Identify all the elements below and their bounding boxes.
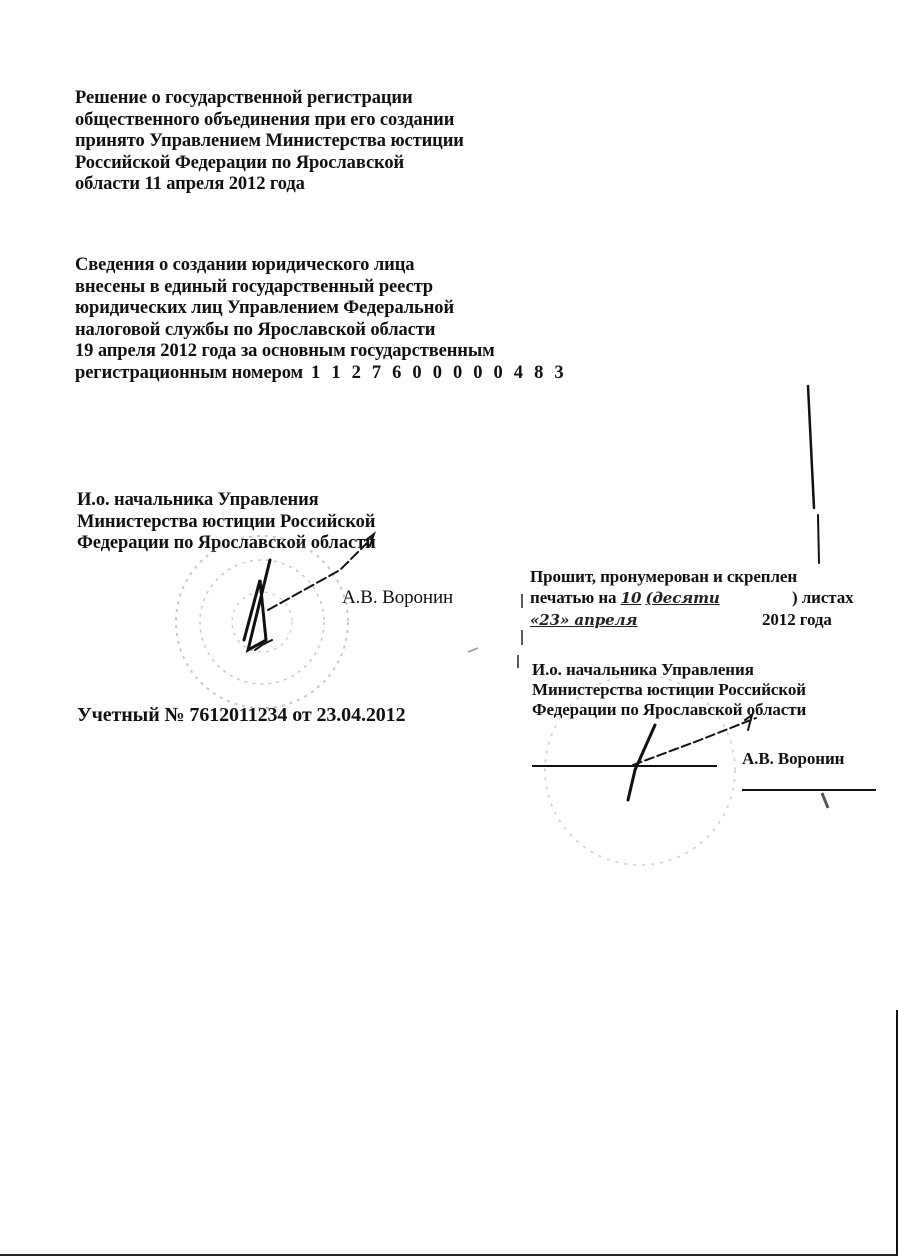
signature-left-icon <box>244 534 374 650</box>
stamp-seal-right-icon <box>545 675 735 865</box>
stamp-seal-icon <box>176 536 348 708</box>
signature-right-icon <box>628 715 756 800</box>
page-border-bottom <box>0 1254 898 1256</box>
page-border-right <box>896 1010 898 1255</box>
margin-vertical-line-icon <box>808 386 819 563</box>
margin-tick-marks-icon <box>468 594 828 808</box>
stamps-and-signatures <box>0 0 899 1259</box>
document-page: Решение о государственной регистрации об… <box>0 0 899 1259</box>
